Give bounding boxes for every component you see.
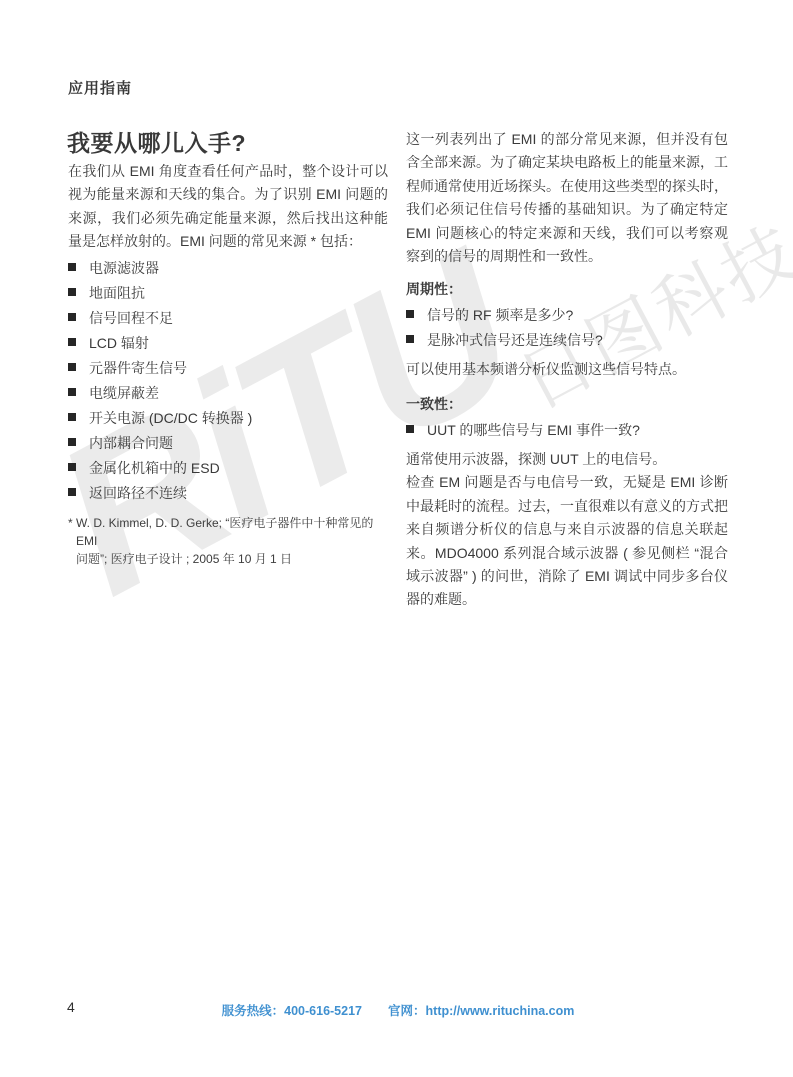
periodicity-list: 信号的 RF 频率是多少? 是脉冲式信号还是连续信号? — [406, 304, 728, 354]
list-item: LCD 辐射 — [68, 332, 388, 357]
list-item: 信号回程不足 — [68, 307, 388, 332]
left-column: 在我们从 EMI 角度查看任何产品时，整个设计可以视为能量来源和天线的集合。为了… — [68, 160, 388, 568]
bullet-square-icon — [68, 313, 76, 321]
consistency-list: UUT 的哪些信号与 EMI 事件一致? — [406, 419, 728, 444]
list-item: 开关电源 (DC/DC 转换器 ) — [68, 407, 388, 432]
bullet-square-icon — [406, 425, 414, 433]
list-item: 电源滤波器 — [68, 257, 388, 282]
list-item-label: 开关电源 (DC/DC 转换器 ) — [89, 407, 252, 430]
spectrum-analyzer-note: 可以使用基本频谱分析仪监测这些信号特点。 — [406, 358, 728, 381]
bullet-square-icon — [68, 288, 76, 296]
bullet-square-icon — [68, 338, 76, 346]
list-item-label: 信号的 RF 频率是多少? — [427, 304, 573, 327]
list-item-label: 元器件寄生信号 — [89, 357, 187, 380]
bullet-square-icon — [68, 438, 76, 446]
list-item-label: 电源滤波器 — [89, 257, 159, 280]
footnote-line1: * W. D. Kimmel, D. D. Gerke; “医疗电子器件中十种常… — [68, 516, 373, 548]
periodicity-heading: 周期性： — [406, 278, 728, 301]
document-page: RiTU 日图科技 应用指南 我要从哪儿入手? 在我们从 EMI 角度查看任何产… — [0, 0, 793, 1077]
bullet-square-icon — [406, 335, 414, 343]
list-item: 是脉冲式信号还是连续信号? — [406, 329, 728, 354]
list-item-label: 是脉冲式信号还是连续信号? — [427, 329, 603, 352]
hotline-label: 服务热线： — [222, 1004, 285, 1018]
bullet-square-icon — [68, 388, 76, 396]
list-item: 金属化机箱中的 ESD — [68, 457, 388, 482]
bullet-square-icon — [68, 413, 76, 421]
document-type-label: 应用指南 — [68, 77, 132, 98]
list-item: 信号的 RF 频率是多少? — [406, 304, 728, 329]
emi-source-list: 电源滤波器 地面阻抗 信号回程不足 LCD 辐射 元器件寄生信号 电缆屏蔽差 — [68, 257, 388, 507]
footer-contact: 服务热线：400-616-5217官网：http://www.rituchina… — [68, 1001, 728, 1019]
mdo4000-paragraph: 检查 EM 问题是否与电信号一致，无疑是 EMI 诊断中最耗时的流程。过去，一直… — [406, 471, 728, 611]
list-item-label: 内部耦合问题 — [89, 432, 173, 455]
list-item-label: 返回路径不连续 — [89, 482, 187, 505]
list-item-label: 电缆屏蔽差 — [89, 382, 159, 405]
bullet-square-icon — [68, 488, 76, 496]
list-item: UUT 的哪些信号与 EMI 事件一致? — [406, 419, 728, 444]
list-item: 地面阻抗 — [68, 282, 388, 307]
list-item-label: 信号回程不足 — [89, 307, 173, 330]
website-label: 官网： — [388, 1004, 426, 1018]
intro-paragraph: 在我们从 EMI 角度查看任何产品时，整个设计可以视为能量来源和天线的集合。为了… — [68, 160, 388, 254]
page-title: 我要从哪儿入手? — [67, 125, 246, 158]
footnote: * W. D. Kimmel, D. D. Gerke; “医疗电子器件中十种常… — [68, 514, 388, 568]
website-link[interactable]: http://www.rituchina.com — [426, 1004, 575, 1018]
footnote-line2: 问题”; 医疗电子设计 ; 2005 年 10 月 1 日 — [76, 552, 292, 566]
list-item: 返回路径不连续 — [68, 482, 388, 507]
right-column: 这一列表列出了 EMI 的部分常见来源，但并没有包含全部来源。为了确定某块电路板… — [406, 128, 728, 612]
list-item-label: LCD 辐射 — [89, 332, 149, 355]
list-item-label: UUT 的哪些信号与 EMI 事件一致? — [427, 419, 640, 442]
list-item: 元器件寄生信号 — [68, 357, 388, 382]
bullet-square-icon — [68, 363, 76, 371]
consistency-heading: 一致性： — [406, 393, 728, 416]
list-item: 内部耦合问题 — [68, 432, 388, 457]
bullet-square-icon — [406, 310, 414, 318]
list-item-label: 金属化机箱中的 ESD — [89, 457, 220, 480]
overview-paragraph: 这一列表列出了 EMI 的部分常见来源，但并没有包含全部来源。为了确定某块电路板… — [406, 128, 728, 268]
bullet-square-icon — [68, 463, 76, 471]
list-item-label: 地面阻抗 — [89, 282, 145, 305]
hotline-number: 400-616-5217 — [284, 1004, 362, 1018]
list-item: 电缆屏蔽差 — [68, 382, 388, 407]
oscilloscope-note: 通常使用示波器，探测 UUT 上的电信号。 — [406, 448, 728, 471]
bullet-square-icon — [68, 263, 76, 271]
